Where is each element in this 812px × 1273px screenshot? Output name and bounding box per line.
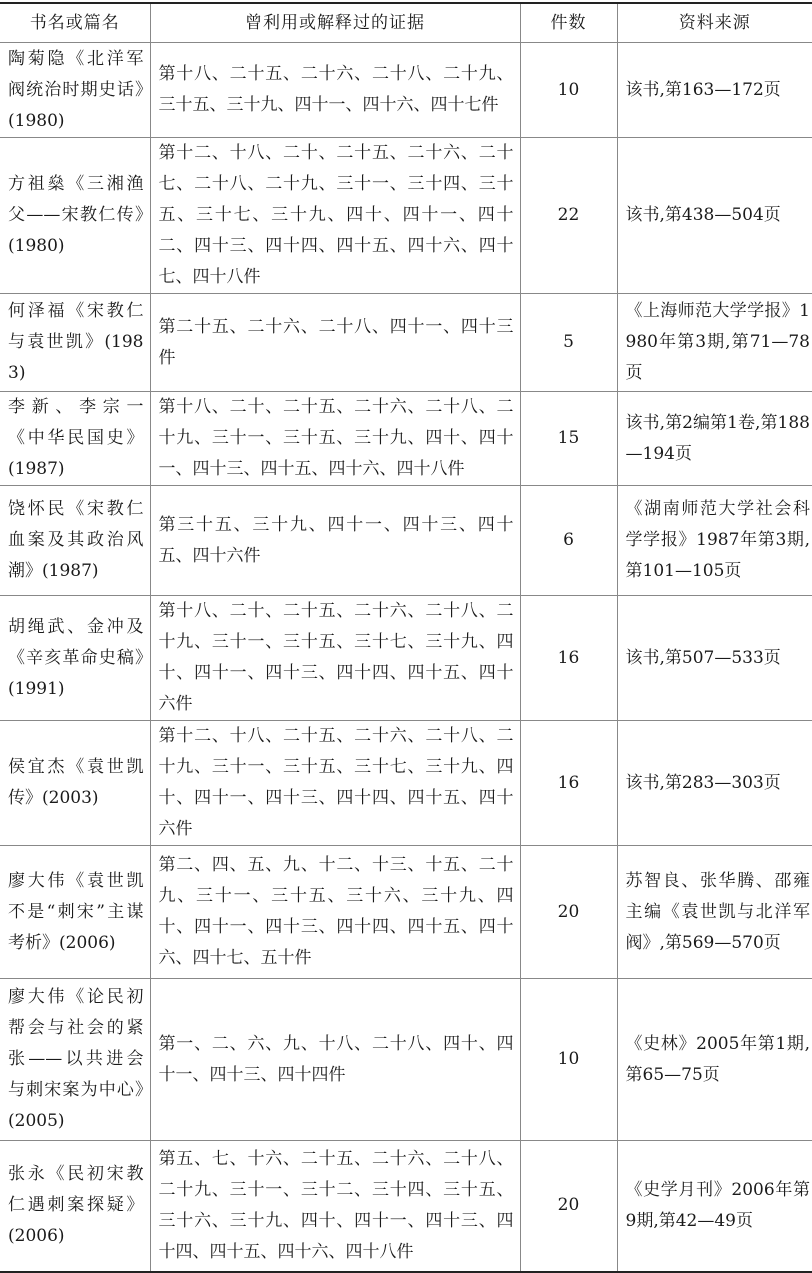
title-cell: 方祖燊《三湘渔父——宋教仁传》(1980) bbox=[0, 138, 150, 294]
source-cell: 该书,第438—504页 bbox=[617, 138, 812, 294]
title-cell: 廖大伟《袁世凯不是“刺宋”主谋考析》(2006) bbox=[0, 846, 150, 979]
count-cell: 22 bbox=[520, 138, 617, 294]
header-evidence: 曾利用或解释过的证据 bbox=[150, 3, 520, 43]
source-cell: 《史林》2005年第1期,第65—75页 bbox=[617, 979, 812, 1141]
count-cell: 16 bbox=[520, 596, 617, 721]
count-cell: 10 bbox=[520, 979, 617, 1141]
source-cell: 《史学月刊》2006年第9期,第42—49页 bbox=[617, 1141, 812, 1192]
table-row: 廖大伟《论民初帮会与社会的紧张——以共进会与刺宋案为中心》(2005)第一、二、… bbox=[0, 979, 812, 1141]
evidence-cell: 第十二、十八、二十五、二十六、二十八、二十九、三十一、三十五、三十七、三十九、四… bbox=[150, 721, 520, 846]
source-cell: 该书,第283—303页 bbox=[617, 721, 812, 846]
source-cell: 该书,第2编第1卷,第188—194页 bbox=[617, 392, 812, 486]
source-cell: 《湖南师范大学社会科学学报》1987年第3期,第101—105页 bbox=[617, 486, 812, 596]
count-cell: 20 bbox=[520, 1141, 617, 1192]
source-cell: 苏智良、张华腾、邵雍主编《袁世凯与北洋军阀》,第569—570页 bbox=[617, 846, 812, 979]
table-row: 胡绳武、金冲及《辛亥革命史稿》(1991)第十八、二十、二十五、二十六、二十八、… bbox=[0, 596, 812, 721]
title-cell: 饶怀民《宋教仁血案及其政治风潮》(1987) bbox=[0, 486, 150, 596]
evidence-cell: 第十八、二十五、二十六、二十八、二十九、三十五、三十九、四十一、四十六、四十七件 bbox=[150, 43, 520, 138]
table-header-row: 书名或篇名 曾利用或解释过的证据 件数 资料来源 bbox=[0, 3, 812, 43]
evidence-cell: 第一、二、六、九、十八、二十八、四十、四十一、四十三、四十四件 bbox=[150, 979, 520, 1141]
table-row: 何泽福《宋教仁与袁世凯》(1983)第二十五、二十六、二十八、四十一、四十三件5… bbox=[0, 294, 812, 392]
title-cell: 胡绳武、金冲及《辛亥革命史稿》(1991) bbox=[0, 596, 150, 721]
count-cell: 5 bbox=[520, 294, 617, 392]
evidence-cell: 第十八、二十、二十五、二十六、二十八、二十九、三十一、三十五、三十七、三十九、四… bbox=[150, 596, 520, 721]
evidence-cell: 第三十五、三十九、四十一、四十三、四十五、四十六件 bbox=[150, 486, 520, 596]
count-cell: 10 bbox=[520, 43, 617, 138]
table-row: 李新、李宗一《中华民国史》(1987)第十八、二十、二十五、二十六、二十八、二十… bbox=[0, 392, 812, 486]
evidence-cell: 第十二、十八、二十、二十五、二十六、二十七、二十八、二十九、三十一、三十四、三十… bbox=[150, 138, 520, 294]
table-row: 廖大伟《袁世凯不是“刺宋”主谋考析》(2006)第二、四、五、九、十二、十三、十… bbox=[0, 846, 812, 979]
count-cell: 20 bbox=[520, 846, 617, 979]
table-row: 张永《民初宋教仁遇刺案探疑》(2006)第五、七、十六、二十五、二十六、二十八、… bbox=[0, 1141, 812, 1192]
source-cell: 《上海师范大学学报》1980年第3期,第71—78页 bbox=[617, 294, 812, 392]
table-row: 侯宜杰《袁世凯传》(2003)第十二、十八、二十五、二十六、二十八、二十九、三十… bbox=[0, 721, 812, 846]
title-cell: 李新、李宗一《中华民国史》(1987) bbox=[0, 392, 150, 486]
header-source: 资料来源 bbox=[617, 3, 812, 43]
title-cell: 何泽福《宋教仁与袁世凯》(1983) bbox=[0, 294, 150, 392]
header-title: 书名或篇名 bbox=[0, 3, 150, 43]
count-cell: 15 bbox=[520, 392, 617, 486]
title-cell: 陶菊隐《北洋军阀统治时期史话》(1980) bbox=[0, 43, 150, 138]
table-row: 方祖燊《三湘渔父——宋教仁传》(1980)第十二、十八、二十、二十五、二十六、二… bbox=[0, 138, 812, 294]
source-cell: 该书,第507—533页 bbox=[617, 596, 812, 721]
evidence-cell: 第十八、二十、二十五、二十六、二十八、二十九、三十一、三十五、三十九、四十、四十… bbox=[150, 392, 520, 486]
evidence-cell: 第二十五、二十六、二十八、四十一、四十三件 bbox=[150, 294, 520, 392]
evidence-table: 书名或篇名 曾利用或解释过的证据 件数 资料来源 陶菊隐《北洋军阀统治时期史话》… bbox=[0, 2, 812, 1191]
count-cell: 16 bbox=[520, 721, 617, 846]
header-count: 件数 bbox=[520, 3, 617, 43]
title-cell: 张永《民初宋教仁遇刺案探疑》(2006) bbox=[0, 1141, 150, 1192]
title-cell: 侯宜杰《袁世凯传》(2003) bbox=[0, 721, 150, 846]
table-row: 饶怀民《宋教仁血案及其政治风潮》(1987)第三十五、三十九、四十一、四十三、四… bbox=[0, 486, 812, 596]
table-row: 陶菊隐《北洋军阀统治时期史话》(1980)第十八、二十五、二十六、二十八、二十九… bbox=[0, 43, 812, 138]
evidence-cell: 第五、七、十六、二十五、二十六、二十八、二十九、三十一、三十二、三十四、三十五、… bbox=[150, 1141, 520, 1192]
evidence-cell: 第二、四、五、九、十二、十三、十五、二十九、三十一、三十五、三十六、三十九、四十… bbox=[150, 846, 520, 979]
source-cell: 该书,第163—172页 bbox=[617, 43, 812, 138]
title-cell: 廖大伟《论民初帮会与社会的紧张——以共进会与刺宋案为中心》(2005) bbox=[0, 979, 150, 1141]
count-cell: 6 bbox=[520, 486, 617, 596]
